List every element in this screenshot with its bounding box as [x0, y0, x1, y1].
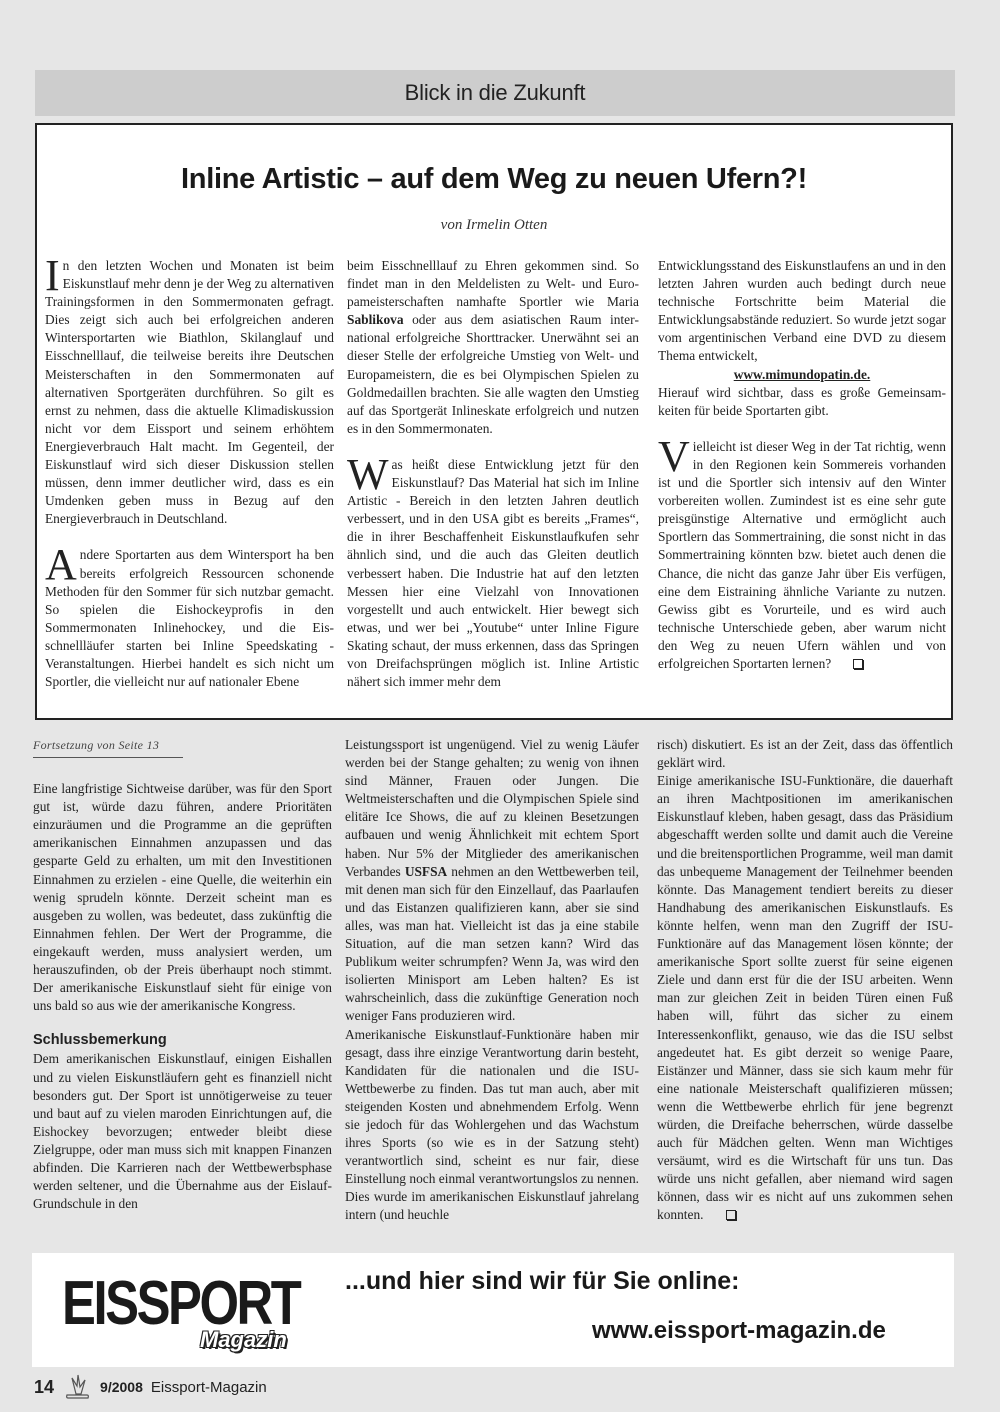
- subheading: Schlussbemerkung: [33, 1031, 332, 1049]
- athlete-name: Sablikova: [347, 312, 404, 327]
- organization-name: USFSA: [405, 864, 447, 879]
- eissport-logo: EISSPORT: [62, 1273, 299, 1335]
- paragraph: Amerikanische Eiskunstlauf-Funktionäre h…: [345, 1026, 639, 1225]
- article-column-3: Entwicklungsstand des Eiskunstlaufens an…: [658, 257, 946, 673]
- article-title: Inline Artistic – auf dem Weg zu neuen U…: [37, 163, 951, 196]
- page-footer: 14 9/2008 Eissport-Magazin: [34, 1372, 267, 1402]
- byline: von Irmelin Otten: [37, 217, 951, 234]
- continuation-label: Fortsetzung von Seite 13: [33, 736, 183, 758]
- dropcap: V: [658, 440, 690, 474]
- dvd-link[interactable]: www.mimundopatin.de.: [658, 366, 946, 384]
- article-column-2: beim Eisschnelllauf zu Ehren gekommen si…: [347, 257, 639, 691]
- paragraph: risch) diskutiert. Es ist an der Zeit, d…: [657, 736, 953, 772]
- paragraph: Vielleicht ist dieser Weg in der Tat ric…: [658, 438, 946, 673]
- paragraph: In den letzten Wochen und Monaten ist be…: [45, 257, 334, 528]
- paragraph: Was heißt diese Entwicklung jetzt für de…: [347, 456, 639, 691]
- dropcap: A: [45, 548, 77, 582]
- website-link[interactable]: www.eissport-magazin.de: [592, 1317, 886, 1345]
- page-number: 14: [34, 1377, 54, 1398]
- dropcap: W: [347, 458, 389, 492]
- skate-wing-icon: [62, 1372, 92, 1402]
- end-of-article-icon: [853, 659, 863, 669]
- article-column-1: In den letzten Wochen und Monaten ist be…: [45, 257, 334, 691]
- paragraph: Hierauf wird sichtbar, dass es große Gem…: [658, 384, 946, 420]
- paragraph: Andere Sportarten aus dem Wintersport ha…: [45, 546, 334, 691]
- magazine-name: Eissport-Magazin: [151, 1379, 267, 1396]
- logo-subtitle: Magazin: [200, 1327, 287, 1353]
- article-box: Inline Artistic – auf dem Weg zu neuen U…: [35, 123, 953, 720]
- paragraph: Eine langfristige Sichtweise darüber, wa…: [33, 780, 332, 1015]
- continued-column-3: risch) diskutiert. Es ist an der Zeit, d…: [657, 736, 953, 1225]
- issue-number: 9/2008: [100, 1379, 143, 1395]
- paragraph: Leistungssport ist ungenügend. Viel zu w…: [345, 736, 639, 1026]
- continued-column-2: Leistungssport ist ungenügend. Viel zu w…: [345, 736, 639, 1225]
- paragraph: beim Eisschnelllauf zu Ehren gekommen si…: [347, 257, 639, 438]
- section-header: Blick in die Zukunft: [35, 70, 955, 116]
- ad-tagline: ...und hier sind wir für Sie online:: [345, 1267, 739, 1296]
- paragraph: Entwicklungsstand des Eiskunstlaufens an…: [658, 257, 946, 366]
- ad-banner: EISSPORT Magazin ...und hier sind wir fü…: [32, 1253, 954, 1367]
- end-of-article-icon: [726, 1210, 736, 1220]
- continued-column-1: Fortsetzung von Seite 13 Eine langfristi…: [33, 736, 332, 1213]
- paragraph: Einige amerikanische ISU-Funktionäre, di…: [657, 772, 953, 1224]
- section-header-label: Blick in die Zukunft: [405, 80, 586, 106]
- paragraph: Dem amerikanischen Eiskunstlauf, einigen…: [33, 1050, 332, 1213]
- dropcap: I: [45, 259, 60, 293]
